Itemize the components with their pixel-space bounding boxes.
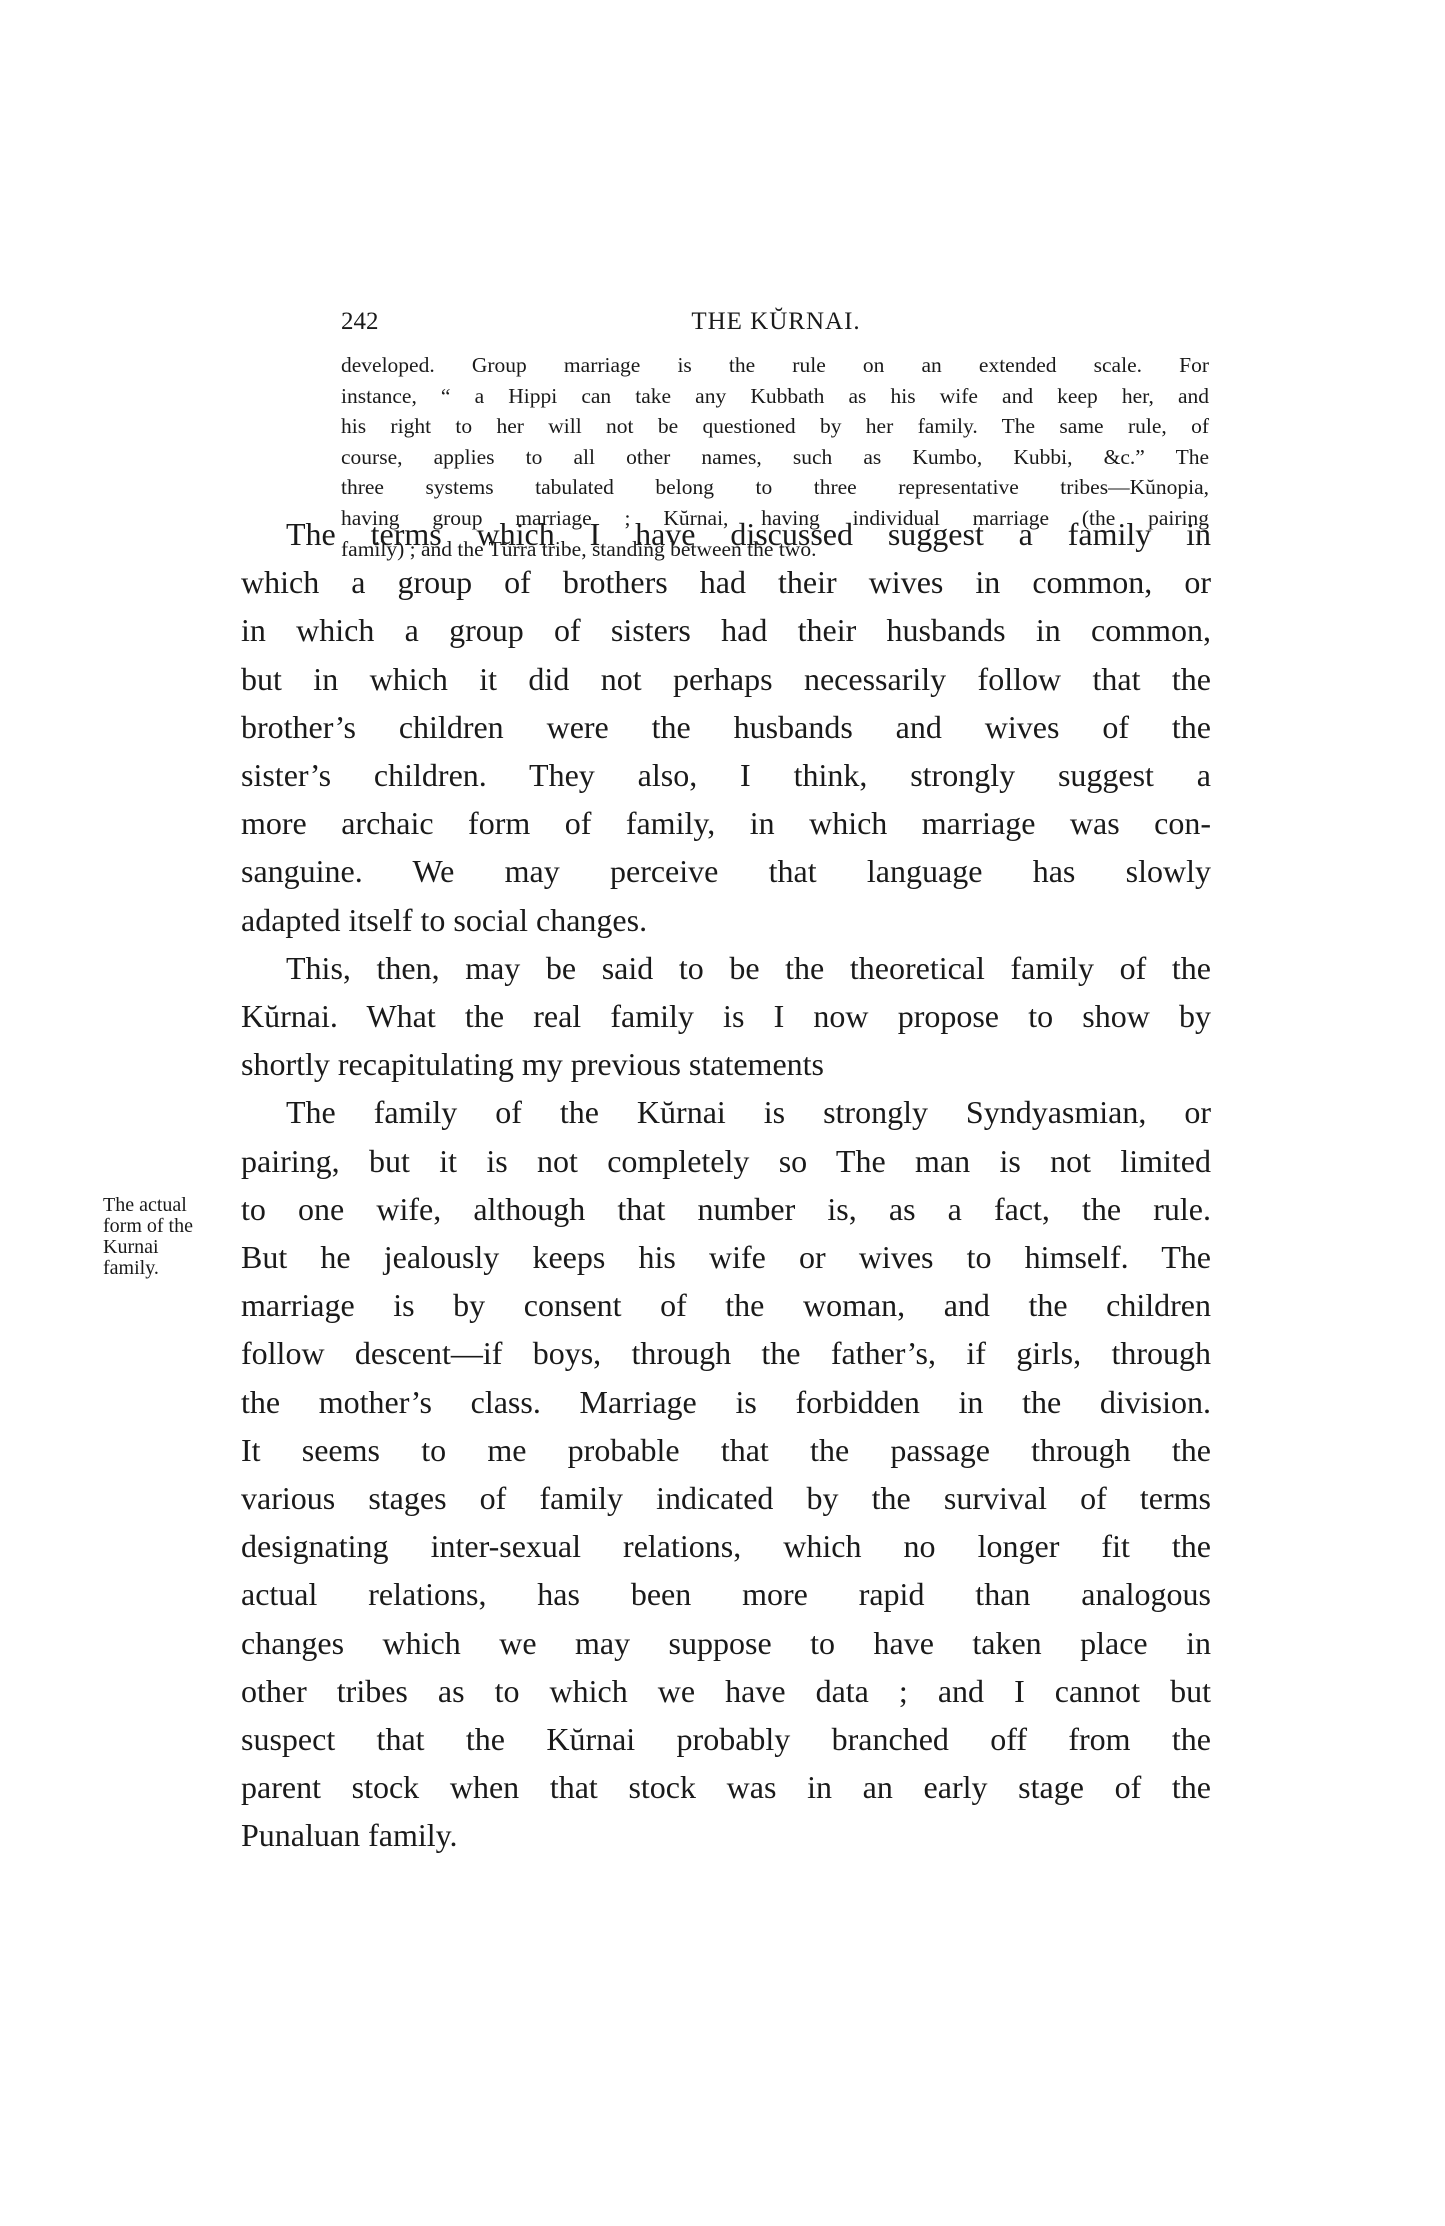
text-line: The family of the Kŭrnai is strongly Syn… <box>241 1088 1211 1136</box>
text-line: three systems tabulated belong to three … <box>341 472 1209 503</box>
text-line: but in which it did not perhaps necessar… <box>241 655 1211 703</box>
text-line: marriage is by consent of the woman, and… <box>241 1281 1211 1329</box>
text-line: changes which we may suppose to have tak… <box>241 1619 1211 1667</box>
text-line: various stages of family indicated by th… <box>241 1474 1211 1522</box>
text-line: other tribes as to which we have data ; … <box>241 1667 1211 1715</box>
margin-note-line: form of the <box>103 1216 233 1237</box>
text-line: pairing, but it is not completely so The… <box>241 1137 1211 1185</box>
running-head: THE KŬRNAI. <box>341 308 1211 336</box>
text-line: follow descent—if boys, through the fath… <box>241 1329 1211 1377</box>
text-line: sister’s children. They also, I think, s… <box>241 751 1211 799</box>
margin-note: The actual form of the Kurnai family. <box>103 1195 233 1279</box>
text-line: developed. Group marriage is the rule on… <box>341 350 1209 381</box>
text-line: actual relations, has been more rapid th… <box>241 1570 1211 1618</box>
margin-note-line: family. <box>103 1258 233 1279</box>
text-line: brother’s children were the husbands and… <box>241 703 1211 751</box>
text-line: But he jealously keeps his wife or wives… <box>241 1233 1211 1281</box>
text-line: to one wife, although that number is, as… <box>241 1185 1211 1233</box>
text-line: Kŭrnai. What the real family is I now pr… <box>241 992 1211 1040</box>
text-line: parent stock when that stock was in an e… <box>241 1763 1211 1811</box>
text-line: which a group of brothers had their wive… <box>241 558 1211 606</box>
text-line: more archaic form of family, in which ma… <box>241 799 1211 847</box>
main-text: The terms which I have discussed suggest… <box>241 510 1211 1860</box>
text-line: instance, “ a Hippi can take any Kubbath… <box>341 381 1209 412</box>
margin-note-line: The actual <box>103 1195 233 1216</box>
paragraph-theoretical-family: This, then, may be said to be the theore… <box>241 944 1211 1089</box>
text-line: in which a group of sisters had their hu… <box>241 606 1211 654</box>
text-line: adapted itself to social changes. <box>241 896 1211 944</box>
text-line: course, applies to all other names, such… <box>341 442 1209 473</box>
text-line: the mother’s class. Marriage is forbidde… <box>241 1378 1211 1426</box>
paragraph-actual-family: The family of the Kŭrnai is strongly Syn… <box>241 1088 1211 1859</box>
text-line: his right to her will not be questioned … <box>341 411 1209 442</box>
margin-note-line: Kurnai <box>103 1237 233 1258</box>
text-line: It seems to me probable that the passage… <box>241 1426 1211 1474</box>
text-line: designating inter-sexual relations, whic… <box>241 1522 1211 1570</box>
text-line: shortly recapitulating my previous state… <box>241 1040 1211 1088</box>
text-line: suspect that the Kŭrnai probably branche… <box>241 1715 1211 1763</box>
text-line: sanguine. We may perceive that language … <box>241 847 1211 895</box>
text-line: The terms which I have discussed suggest… <box>241 510 1211 558</box>
text-line: This, then, may be said to be the theore… <box>241 944 1211 992</box>
paragraph-terms-discussed: The terms which I have discussed suggest… <box>241 510 1211 944</box>
text-line: Punaluan family. <box>241 1811 1211 1859</box>
page-header: 242 THE KŬRNAI. <box>341 308 1211 348</box>
